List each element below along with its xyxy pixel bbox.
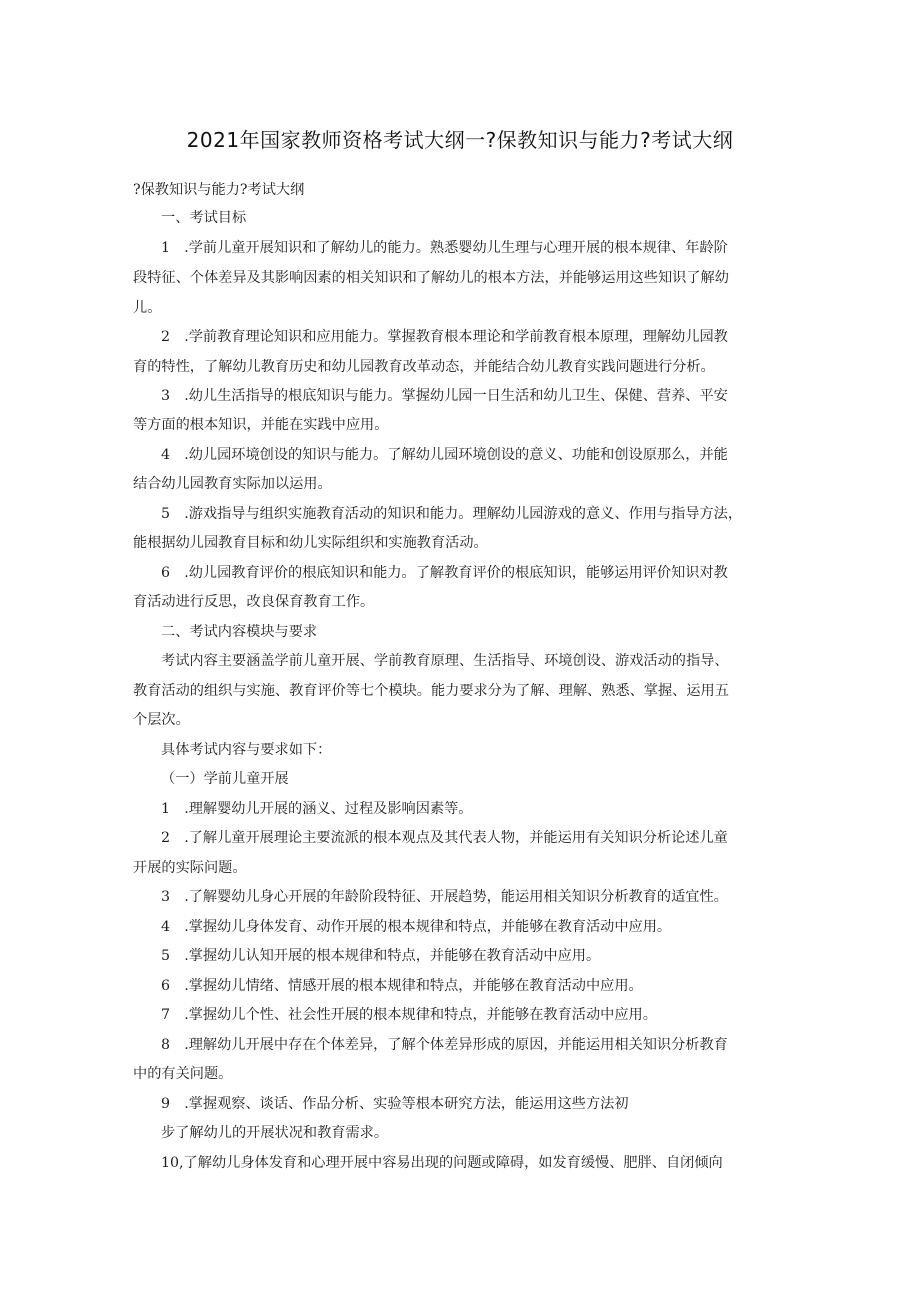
paragraph-line: ?保教知识与能力?考试大纲 <box>133 180 304 200</box>
paragraph-line: 3 .幼儿生活指导的根底知识与能力。掌握幼儿园一日生活和幼儿卫生、保健、营养、平… <box>161 386 728 406</box>
paragraph-line: 7 .掌握幼儿个性、社会性开展的根本规律和特点，并能够在教育活动中应用。 <box>161 1005 657 1025</box>
document-title: 2021年国家教师资格考试大纲一?保教知识与能力?考试大纲 <box>0 124 920 153</box>
paragraph-line: 8 .理解幼儿开展中存在个体差异，了解个体差异形成的原因，并能运用相关知识分析教… <box>161 1035 728 1055</box>
paragraph-line: 2 .学前教育理论知识和应用能力。掌握教育根本理论和学前教育根本原理，理解幼儿园… <box>161 327 728 347</box>
paragraph-line: 结合幼儿园教育实际加以运用。 <box>133 474 332 494</box>
paragraph-line: 能根据幼儿园教育目标和幼儿实际组织和实施教育活动。 <box>133 533 488 553</box>
paragraph-line: 具体考试内容与要求如下： <box>161 740 331 760</box>
paragraph-line: 4 .掌握幼儿身体发育、动作开展的根本规律和特点，并能够在教育活动中应用。 <box>161 917 671 937</box>
document-page: 2021年国家教师资格考试大纲一?保教知识与能力?考试大纲 ?保教知识与能力?考… <box>0 0 920 1301</box>
paragraph-line: 开展的实际问题。 <box>133 858 247 878</box>
paragraph-line: 1 .学前儿童开展知识和了解幼儿的能力。熟悉婴幼儿生理与心理开展的根本规律、年龄… <box>161 238 728 258</box>
paragraph-line: 教育活动的组织与实施、教育评价等七个模块。能力要求分为了解、理解、熟悉、掌握、运… <box>133 681 729 701</box>
paragraph-line: 考试内容主要涵盖学前儿童开展、学前教育原理、生活指导、环境创设、游戏活动的指导、 <box>161 651 729 671</box>
paragraph-line: 4 .幼儿园环境创设的知识与能力。了解幼儿园环境创设的意义、功能和创设原那么，并… <box>161 445 728 465</box>
paragraph-line: 5 .掌握幼儿认知开展的根本规律和特点，并能够在教育活动中应用。 <box>161 946 600 966</box>
paragraph-line: 二、考试内容模块与要求 <box>161 622 317 642</box>
paragraph-line: 2 .了解儿童开展理论主要流派的根本观点及其代表人物，并能运用有关知识分析论述儿… <box>161 828 728 848</box>
paragraph-line: 步了解幼儿的开展状况和教育需求。 <box>161 1123 388 1143</box>
paragraph-line: 儿。 <box>133 298 161 318</box>
paragraph-line: 5 .游戏指导与组织实施教育活动的知识和能力。理解幼儿园游戏的意义、作用与指导方… <box>161 504 742 524</box>
paragraph-line: 育活动进行反思，改良保育教育工作。 <box>133 592 374 612</box>
paragraph-line: 一、考试目标 <box>161 208 246 228</box>
paragraph-line: 段特征、个体差异及其影响因素的相关知识和了解幼儿的根本方法，并能够运用这些知识了… <box>133 268 729 288</box>
paragraph-line: 个层次。 <box>133 710 190 730</box>
paragraph-line: 中的有关问题。 <box>133 1064 232 1084</box>
paragraph-line: 6 .幼儿园教育评价的根底知识和能力。了解教育评价的根底知识，能够运用评价知识对… <box>161 563 728 583</box>
paragraph-line: 10,了解幼儿身体发育和心理开展中容易出现的问题或障碍，如发育缓慢、肥胖、自闭倾… <box>161 1153 723 1173</box>
paragraph-line: 9 .掌握观察、谈话、作品分析、实验等根本研究方法，能运用这些方法初 <box>161 1094 629 1114</box>
paragraph-line: 育的特性，了解幼儿教育历史和幼儿园教育改革动态，并能结合幼儿教育实践问题进行分析… <box>133 357 715 377</box>
paragraph-line: （一）学前儿童开展 <box>161 769 289 789</box>
paragraph-line: 6 .掌握幼儿情绪、情感开展的根本规律和特点，并能够在教育活动中应用。 <box>161 976 643 996</box>
paragraph-line: 等方面的根本知识，并能在实践中应用。 <box>133 415 388 435</box>
paragraph-line: 1 .理解婴幼儿开展的涵义、过程及影响因素等。 <box>161 799 472 819</box>
paragraph-line: 3 .了解婴幼儿身心开展的年龄阶段特征、开展趋势，能运用相关知识分析教育的适宜性… <box>161 887 728 907</box>
